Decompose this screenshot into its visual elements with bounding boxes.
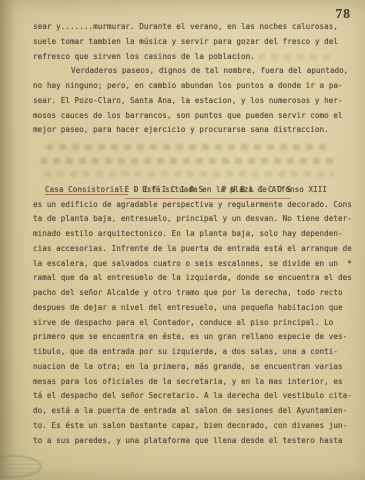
- text-line: ramal que da al entresuelo de la izquier…: [33, 271, 355, 286]
- bleed-through-mark: [40, 158, 336, 164]
- text-line: mesas para los oficiales de la secretari…: [33, 375, 355, 390]
- text-line: primero que se encuentra en éste, es un …: [33, 330, 355, 345]
- underlined-term: Casa Consistorial.: [45, 185, 128, 195]
- text-line-rest: - Está situada en la plaza de Alfonso XI…: [128, 185, 327, 194]
- text-line: sear. El Pozo-Claro, Santa Ana, la estac…: [33, 94, 355, 109]
- bleed-through-mark: [46, 144, 332, 150]
- text-line: suele tomar tambien la música y servir p…: [33, 35, 355, 50]
- text-line: mosos cauces de los barrancos, son punto…: [33, 109, 355, 124]
- text-line: mejor paseo, para hacer ejercicio y proc…: [33, 123, 355, 138]
- text-line: tá el despacho del señor Secretario. A l…: [33, 389, 355, 404]
- text-line: es un edificio de agradable perspectiva …: [33, 198, 355, 213]
- text-line: sirve de despacho para el Contador, cond…: [33, 316, 355, 331]
- text-line: cias accesorias. Infrente de la puerta d…: [33, 242, 355, 257]
- text-line: sear y.......murmurar. Durante el verano…: [33, 20, 355, 35]
- library-stamp: [0, 455, 42, 478]
- text-line: Verdaderos paseos, dignos de tal nombre,…: [33, 64, 355, 79]
- text-line: do, está a la puerta de entrada al salon…: [33, 404, 355, 419]
- text-line: la escalera, que salvados cuatro o seis …: [33, 257, 355, 272]
- text-line: tibulo, que da entrada por su izquierda,…: [33, 345, 355, 360]
- bleed-through-mark: [232, 54, 332, 60]
- bleed-through-mark: [44, 171, 334, 177]
- typewritten-text-column: sear y.......murmurar. Durante el verano…: [33, 20, 355, 448]
- text-line: despues de dejar a nivel del entresuelo,…: [33, 301, 355, 316]
- scanned-page: 78 sear y.......murmurar. Durante el ver…: [0, 0, 365, 480]
- text-line: to. Es éste un salon bastante capaz, bie…: [33, 419, 355, 434]
- text-line: to a sus paredes, y una plataforma que l…: [33, 434, 355, 449]
- text-line: pacho del señor Alcalde y otro tramo que…: [33, 286, 355, 301]
- text-line: minado estilo arquitectonico. En la plan…: [33, 227, 355, 242]
- text-line: no hay ninguno; pero, en cambio abundan …: [33, 79, 355, 94]
- text-line: nuacion de la otra; en la primera, más g…: [33, 360, 355, 375]
- text-line: Casa Consistorial. - Está situada en la …: [33, 183, 355, 198]
- text-line: ta de planta baja, entresuelo, principal…: [33, 212, 355, 227]
